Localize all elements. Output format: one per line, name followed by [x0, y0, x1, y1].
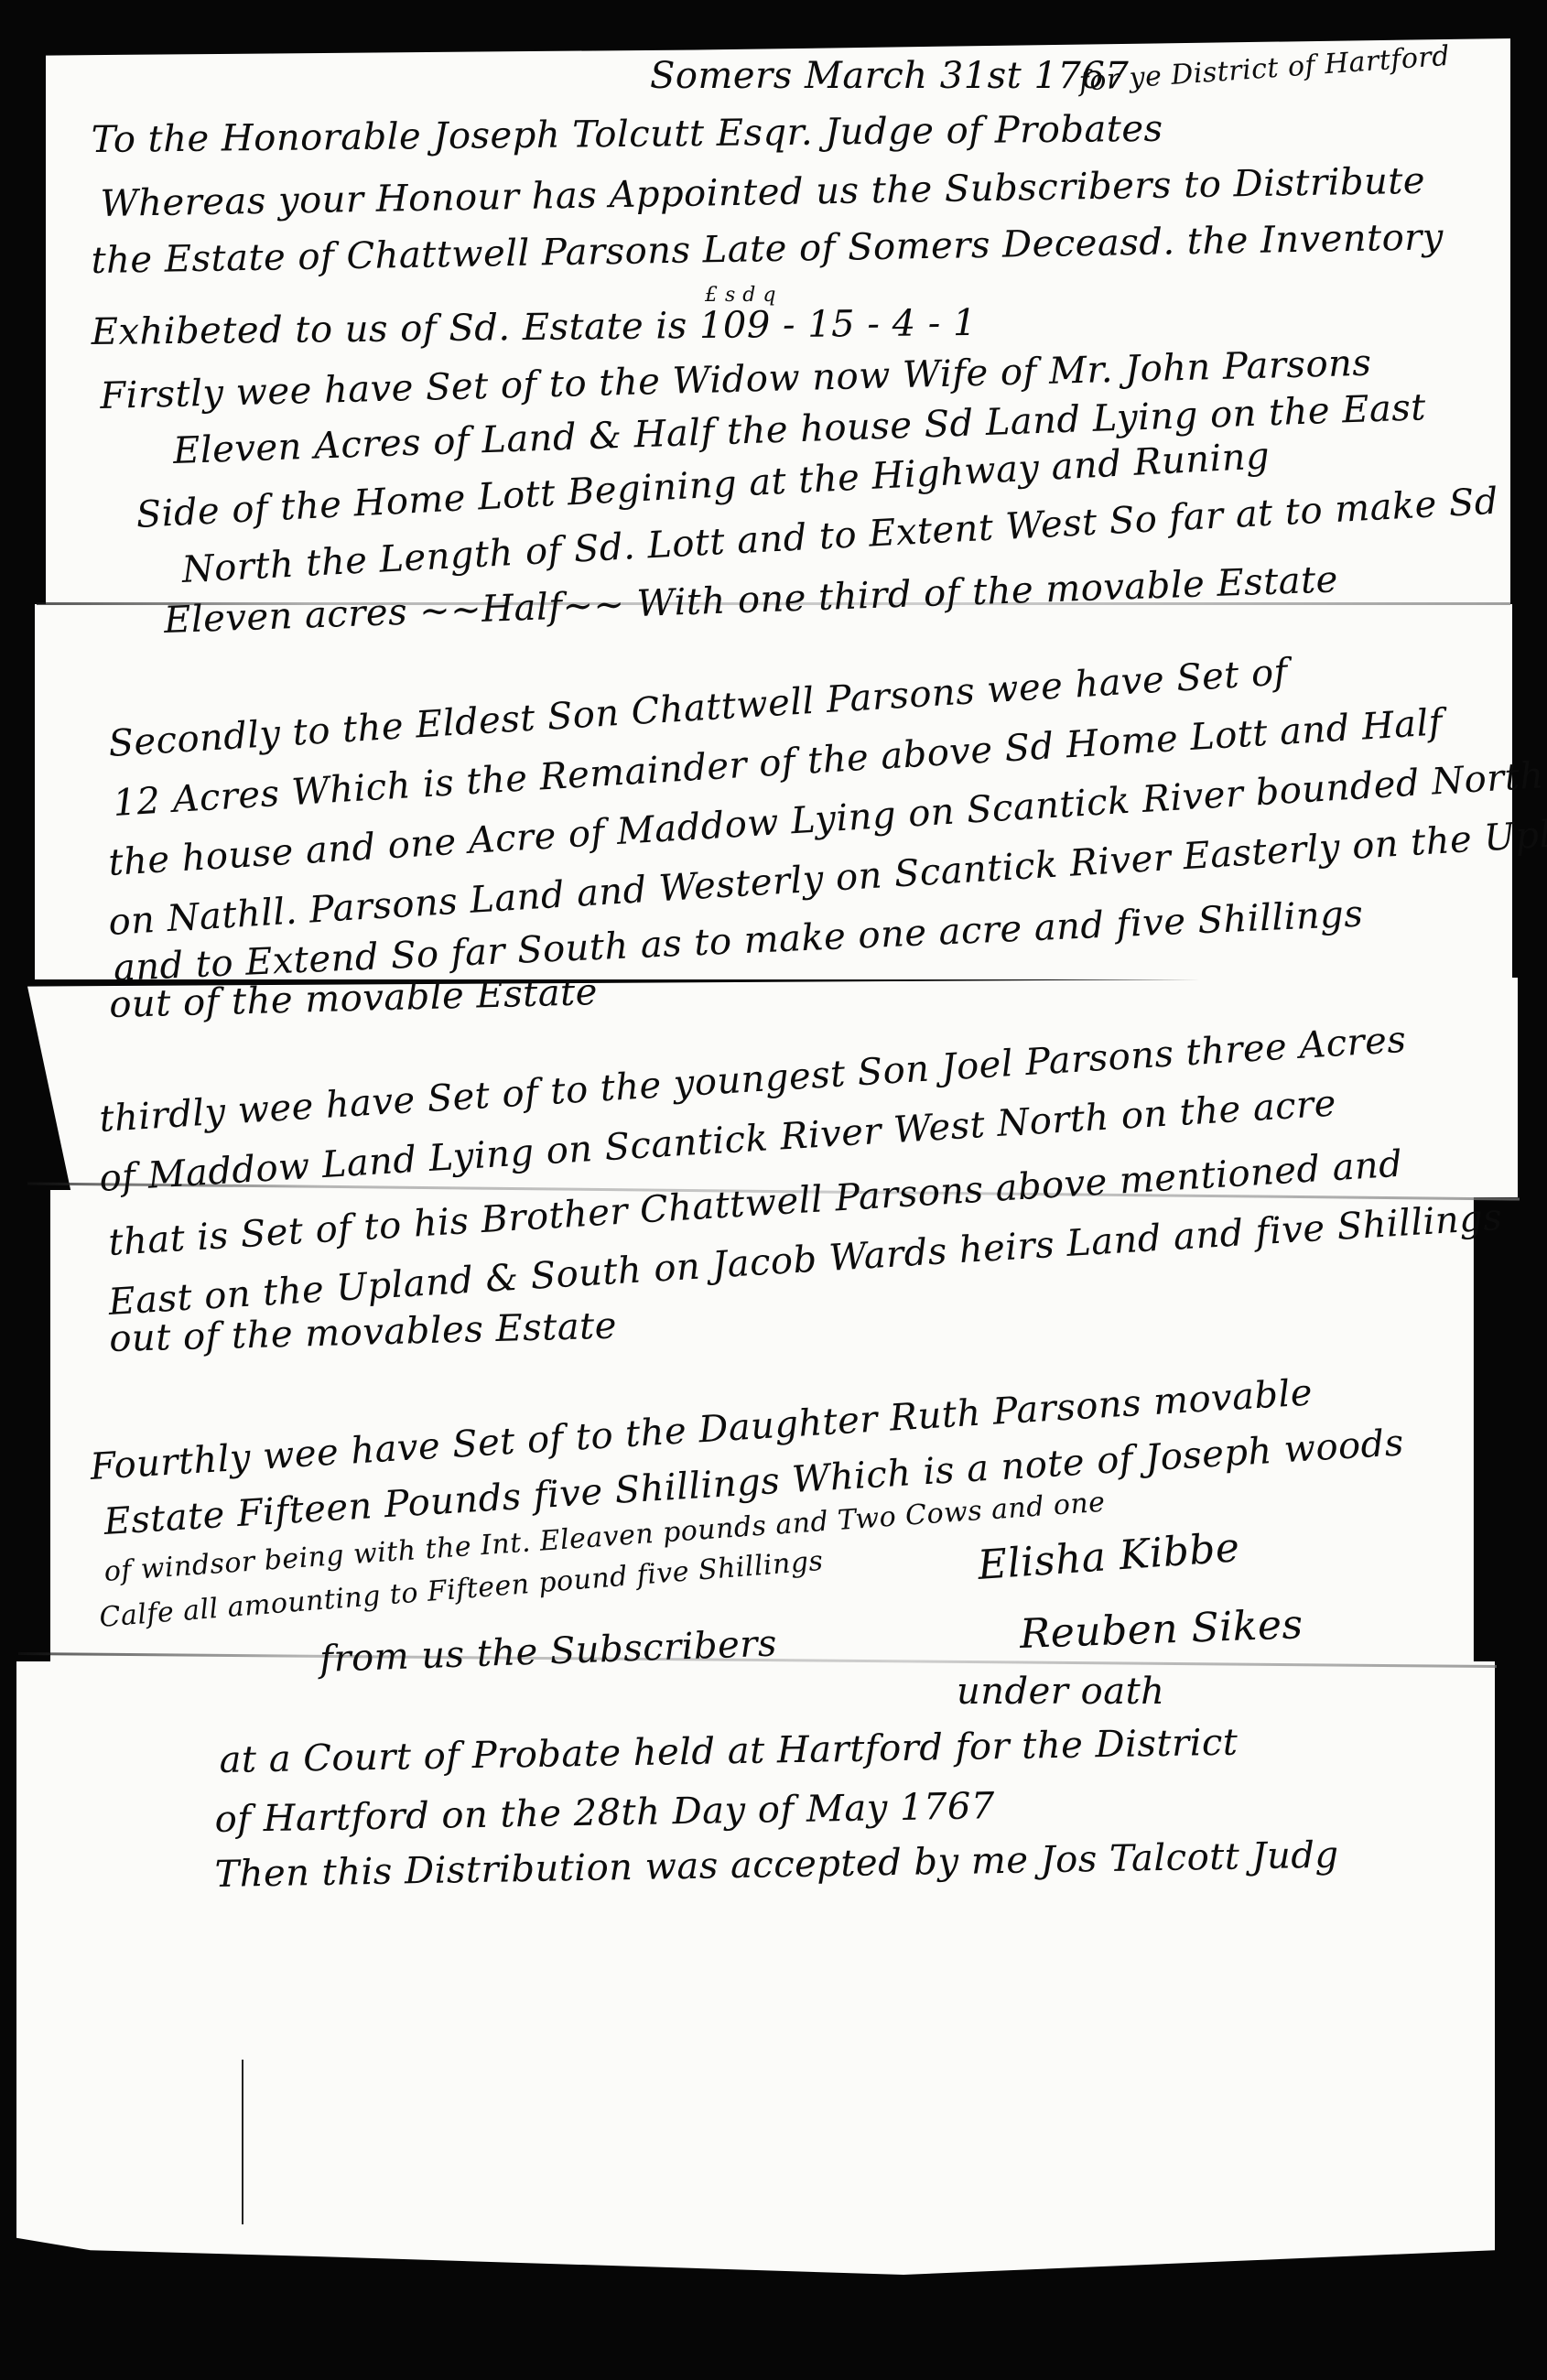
signature-elisha-kibbe: Elisha Kibbe — [976, 1524, 1241, 1589]
court-note-line: of Hartford on the 28th Day of May 1767 — [214, 1785, 995, 1841]
court-note-line: at a Court of Probate held at Hartford f… — [219, 1722, 1239, 1781]
intro-line: Exhibeted to us of Sd. Estate is 109 - 1… — [92, 302, 978, 353]
district-note: for ye District of Hartford — [1078, 40, 1452, 98]
intro-line: the Estate of Chattwell Parsons Late of … — [91, 216, 1444, 282]
addressee: To the Honorable Joseph Tolcutt Esqr. Ju… — [92, 108, 1163, 161]
court-note-line: Then this Distribution was accepted by m… — [214, 1834, 1339, 1896]
intro-line: Whereas your Honour has Appointed us the… — [100, 160, 1425, 225]
oath-note: under oath — [957, 1671, 1164, 1713]
currency-header: £ s d q — [705, 284, 776, 307]
place-date: Somers March 31st 1767 — [650, 55, 1129, 97]
signature-reuben-sikes: Reuben Sikes — [1019, 1601, 1304, 1658]
manuscript: Somers March 31st 1767 for ye District o… — [0, 0, 1547, 2380]
section-fourthly-line: from us the Subscribers — [319, 1623, 777, 1681]
